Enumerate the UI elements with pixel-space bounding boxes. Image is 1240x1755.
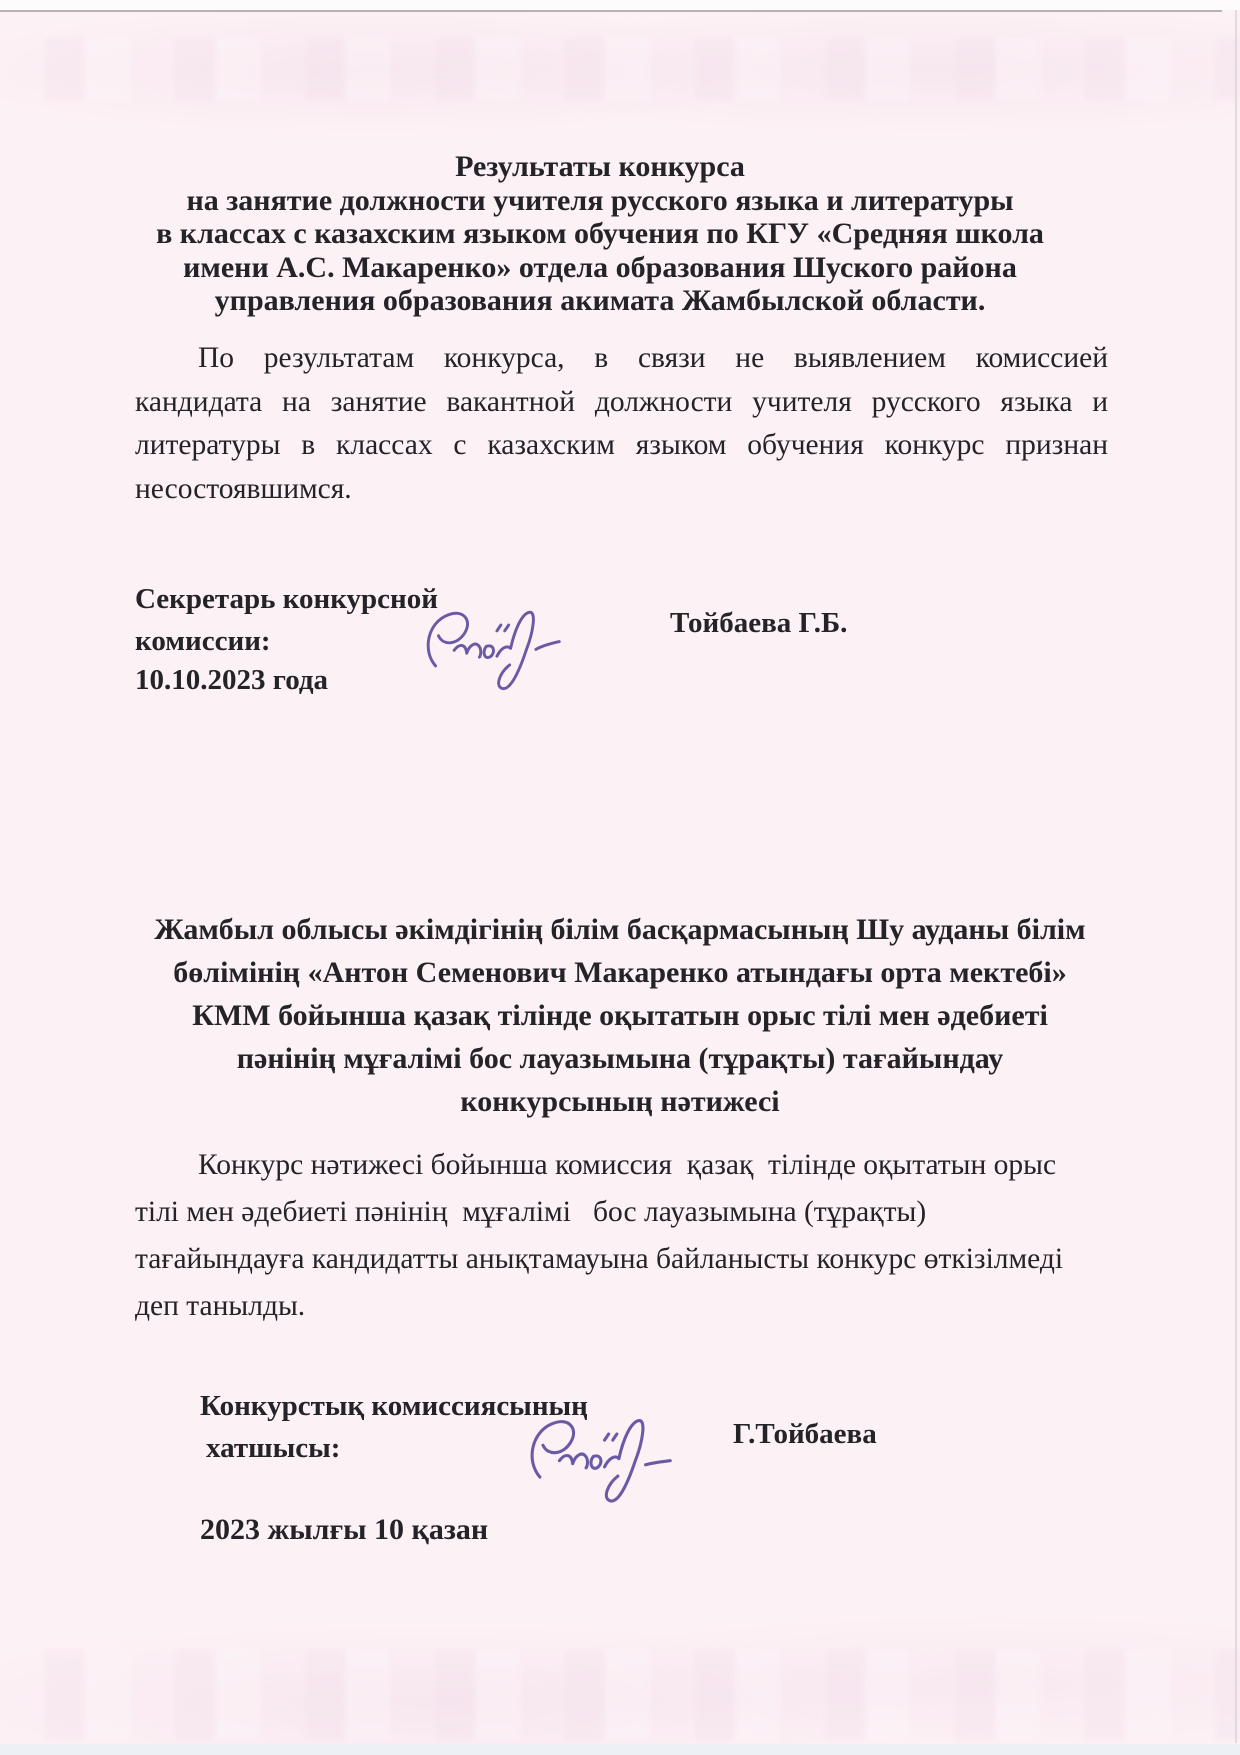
ru-signer-role-line: комиссии: bbox=[135, 620, 438, 662]
kz-title-line: Жамбыл облысы әкімдігінің білім басқарма… bbox=[95, 908, 1145, 951]
scan-edge-right bbox=[1235, 10, 1237, 1743]
kz-signer-name: Г.Тойбаева bbox=[733, 1418, 877, 1451]
kz-title-line: КММ бойынша қазақ тілінде оқытатын орыс … bbox=[95, 994, 1145, 1037]
ru-signer-name: Тойбаева Г.Б. bbox=[670, 607, 847, 640]
ru-title-line: на занятие должности учителя русского яз… bbox=[85, 184, 1115, 218]
ru-body-line: кандидата на занятие вакантной должности… bbox=[135, 381, 1108, 425]
kz-body-line: тағайындауға кандидатты анықтамауына бай… bbox=[135, 1236, 1135, 1283]
kz-body-paragraph: Конкурс нәтижесі бойынша комиссия қазақ … bbox=[135, 1142, 1135, 1330]
kz-body-line: Конкурс нәтижесі бойынша комиссия қазақ … bbox=[135, 1142, 1135, 1189]
kz-body-line: деп танылды. bbox=[135, 1283, 1135, 1330]
kz-title-line: конкурсының нәтижесі bbox=[95, 1080, 1145, 1123]
handwritten-signature bbox=[420, 588, 570, 700]
kz-date: 2023 жылғы 10 қазан bbox=[200, 1513, 488, 1547]
ru-title-line: в классах с казахским языком обучения по… bbox=[85, 217, 1115, 251]
kz-title-line: пәнінің мұғалімі бос лауазымына (тұрақты… bbox=[95, 1037, 1145, 1080]
kz-title-line: бөлімінің «Антон Семенович Макаренко аты… bbox=[95, 951, 1145, 994]
scan-noise-band-bottom bbox=[0, 1650, 1240, 1740]
ru-date: 10.10.2023 года bbox=[135, 664, 328, 697]
ru-body-line: несостоявшимся. bbox=[135, 468, 1108, 512]
ru-document-title: Результаты конкурса на занятие должности… bbox=[85, 150, 1115, 318]
ru-body-line: По результатам конкурса, в связи не выяв… bbox=[135, 337, 1108, 381]
ru-signer-role: Секретарь конкурсной комиссии: bbox=[135, 578, 438, 662]
ru-title-line: Результаты конкурса bbox=[85, 150, 1115, 184]
scan-edge-bottom bbox=[0, 1744, 1240, 1755]
scan-noise-band-top bbox=[0, 38, 1240, 100]
ru-title-line: имени А.С. Макаренко» отдела образования… bbox=[85, 251, 1115, 285]
scan-line-top bbox=[0, 10, 1222, 12]
kz-document-title: Жамбыл облысы әкімдігінің білім басқарма… bbox=[95, 908, 1145, 1123]
ru-title-line: управления образования акимата Жамбылско… bbox=[85, 284, 1115, 318]
ru-body-line: литературы в классах с казахским языком … bbox=[135, 424, 1108, 468]
handwritten-signature bbox=[525, 1395, 680, 1513]
ru-signer-role-line: Секретарь конкурсной bbox=[135, 578, 438, 620]
kz-body-line: тілі мен әдебиеті пәнінің мұғалімі бос л… bbox=[135, 1189, 1135, 1236]
ru-body-paragraph: По результатам конкурса, в связи не выяв… bbox=[135, 337, 1108, 511]
scan-edge-top bbox=[0, 0, 1240, 10]
